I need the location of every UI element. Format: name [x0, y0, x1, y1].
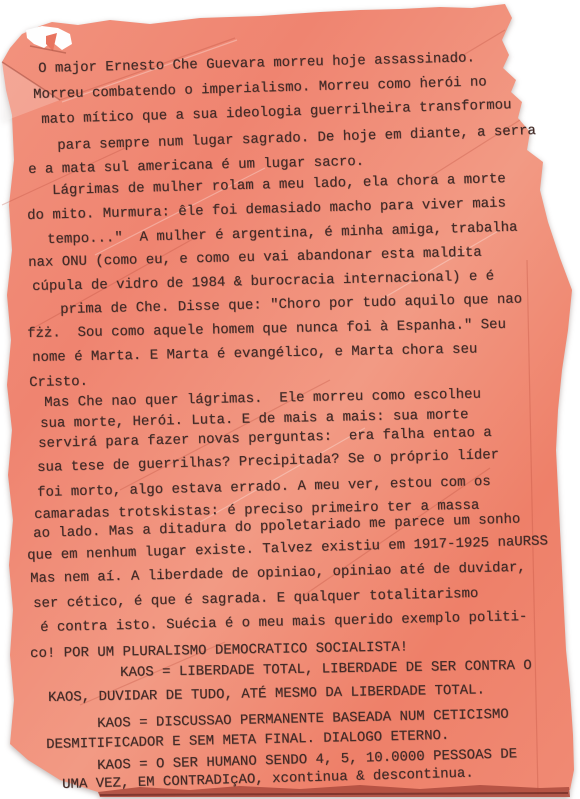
typewritten-line: Mas nem aí. A liberdade de opiniao, opin…: [30, 561, 526, 586]
typewritten-line: do mito. Murmura: êle foi demasiado mach…: [27, 196, 506, 223]
typewritten-line: foi morto, algo estava errado. A meu ver…: [37, 475, 491, 500]
typewritten-line: co! POR UM PLURALISMO DEMOCRATICO SOCIAL…: [30, 640, 408, 661]
typewritten-line: DESMITIFICADOR E SEM META FINAL. DIALOGO…: [46, 729, 449, 752]
typewritten-line: nax ONU (como eu, e como eu vai abandona…: [28, 246, 482, 270]
typewritten-line: KAOS = LIBERDADE TOTAL, LIBERDADE DE SER…: [120, 659, 532, 680]
typewritten-line: é contra isto. Suécia é o meu mais queri…: [40, 610, 527, 635]
typewritten-line: sua tese de guerrilhas? Precipitada? Se …: [37, 448, 499, 475]
typewritten-line: Cristo.: [29, 375, 88, 390]
typewritten-line: cúpula de vidro de 1984 & burocracia int…: [32, 270, 494, 294]
typewritten-line: KAOS, DUVIDAR DE TUDO, ATÉ MESMO DA LIBE…: [48, 683, 485, 705]
typewritten-line: fżż. Sou como aquele homem que nunca foi…: [27, 318, 506, 341]
typewritten-line: Lágrimas de mulher rolam a meu lado, ela…: [52, 172, 506, 198]
typewritten-line: para sempre num lugar sagrado. De hoje e…: [57, 124, 536, 153]
scanned-letter: O major Ernesto Che Guevara morreu hoje …: [0, 0, 580, 799]
typewritten-text: O major Ernesto Che Guevara morreu hoje …: [0, 0, 580, 799]
typewritten-line: mato mítico que a sua ideologia guerrilh…: [41, 98, 512, 127]
typewritten-line: Morreu combatendo o imperialismo. Morreu…: [33, 75, 487, 102]
typewritten-line: prima de Che. Disse que: "Choro por tudo…: [60, 293, 522, 317]
typewritten-line: O major Ernesto Che Guevara morreu hoje …: [38, 51, 475, 76]
typewritten-line: e a mata sul americana é um lugar sacro.: [28, 155, 364, 177]
typewritten-line: ser cético, é que é sagrada. E qualquer …: [33, 587, 478, 611]
typewritten-line: nome é Marta. E Marta é evangélico, e Ma…: [32, 342, 477, 365]
typewritten-line: tempo..." A mulher é argentina, é minha …: [47, 221, 518, 247]
typewritten-line: Mas Che nao quer lágrimas. Ele morreu co…: [44, 388, 481, 410]
